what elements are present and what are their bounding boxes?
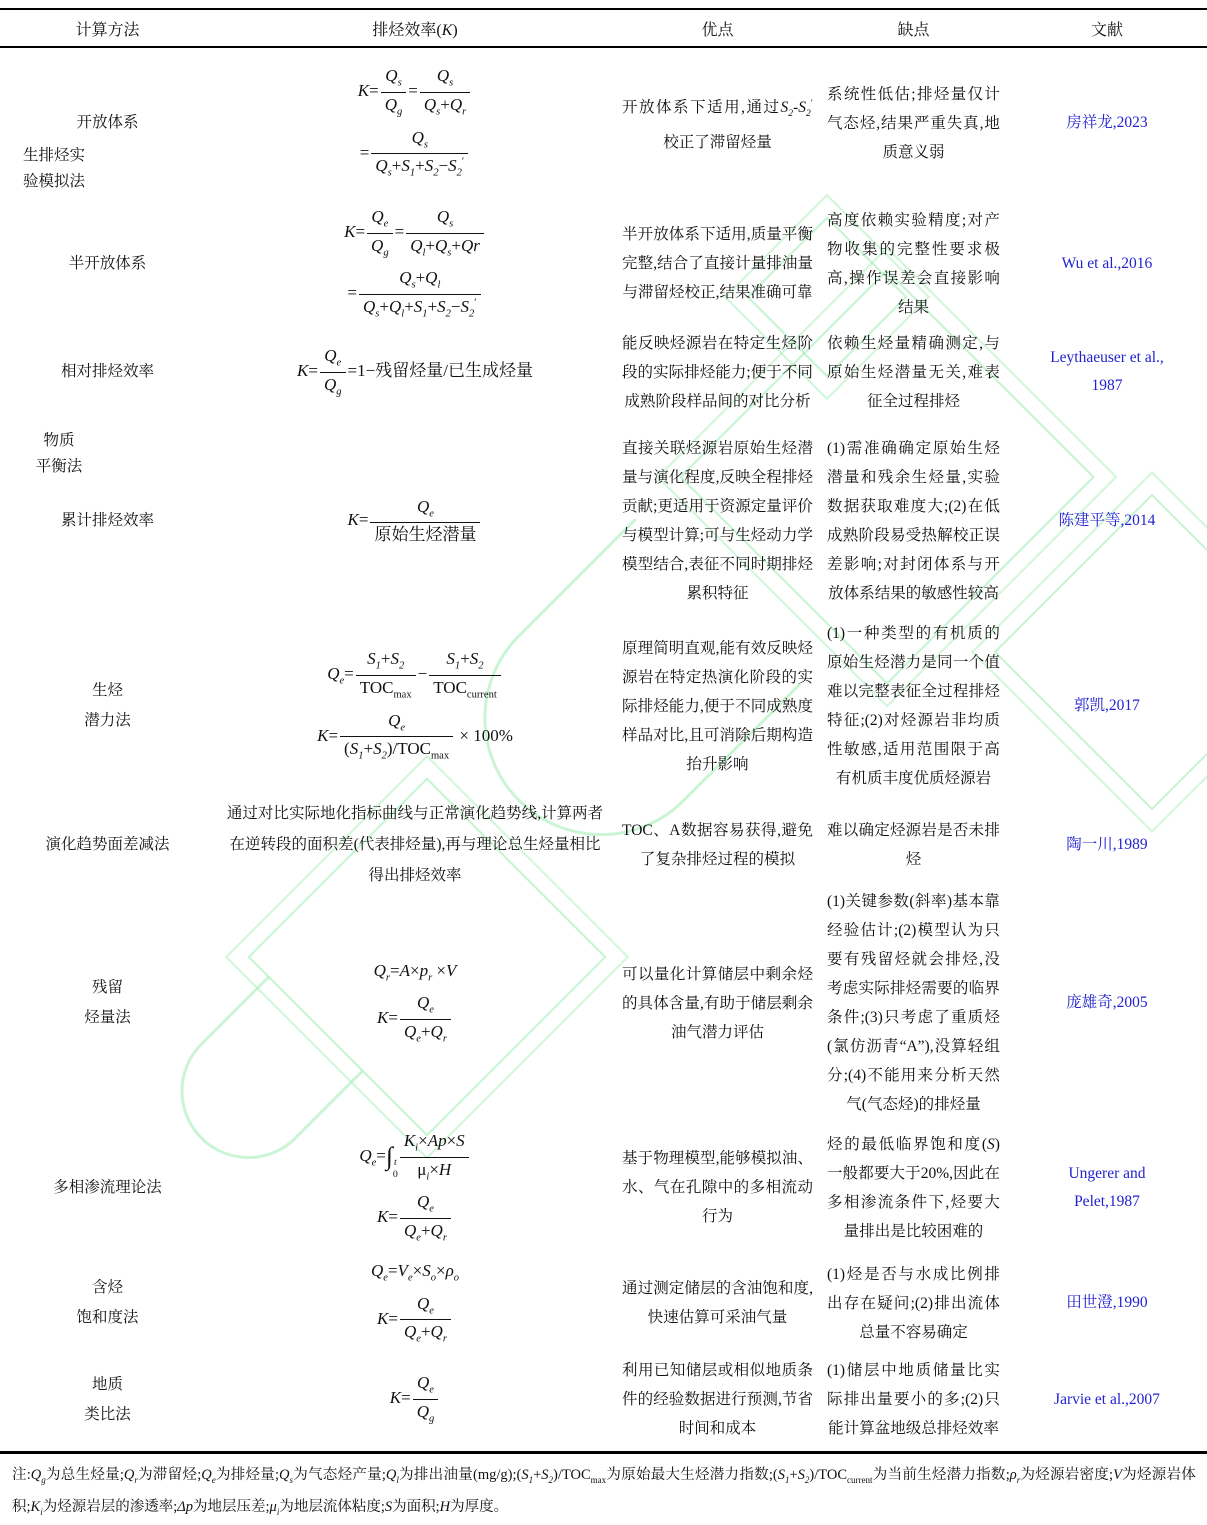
reference-link[interactable]: Wu et al.,2016 <box>1007 198 1207 329</box>
reference-link[interactable]: Leythaeuser et al., 1987 <box>1007 316 1207 428</box>
formula-cell: Qe=Ve×So×ρo K=QeQe+Qr <box>215 1252 615 1355</box>
advantages-cell: 可以量化计算储层中剩余烃的具体含量,有助于储层剩余油气潜力评估 <box>615 884 820 1122</box>
header-formula: 排烃效率(K) <box>215 17 615 40</box>
advantages-cell: 原理简明直观,能有效反映烃源岩在特定热演化阶段的实际排烃能力,便于不同成熟度样品… <box>615 614 820 798</box>
formula-cell: K=QeQg=QsQl+Qs+Qr =Qs+QlQs+Ql+S1+S2−S2′ <box>215 198 615 329</box>
paper-table: 计算方法 排烃效率(K) 优点 缺点 文献 生排烃实 验模拟法 物质 平衡法 开… <box>0 0 1207 1525</box>
formula-cell: K=Qe原始生烃潜量 <box>215 428 615 614</box>
group-label-simulation-method: 生排烃实 验模拟法 <box>14 143 94 195</box>
formula-cell: K=QsQg=QsQs+Qr =QsQs+S1+S2−S2′ <box>215 48 615 198</box>
table-row: 含烃 饱和度法 Qe=Ve×So×ρo K=QeQe+Qr 通过测定储层的含油饱… <box>0 1252 1207 1348</box>
method-name: 残留 烃量法 <box>84 973 131 1033</box>
method-name: 生烃 潜力法 <box>84 676 131 736</box>
disadvantages-cell: 烃的最低临界饱和度(S)一般都要大于20%,因此在多相渗流条件下,烃要大量排出是… <box>820 1122 1007 1253</box>
formula-line: K=QeQg=1−残留烃量/已生成烃量 <box>297 346 533 398</box>
advantages-cell: 直接关联烃源岩原始生烃潜量与演化程度,反映全程排烃贡献;更适用于资源定量评价与模… <box>615 428 820 614</box>
reference-link[interactable]: 田世澄,1990 <box>1007 1252 1207 1355</box>
table-body: 生排烃实 验模拟法 物质 平衡法 开放体系 K=QsQg=QsQs+Qr =Qs… <box>0 48 1207 1454</box>
formula-cell: Qr=A×pr ×V K=QeQe+Qr <box>215 884 615 1122</box>
table-row: 多相渗流理论法 Qe=∫t0Ki×Ap×Sμi×H K=QeQe+Qr 基于物理… <box>0 1122 1207 1252</box>
header-advantages: 优点 <box>615 17 820 40</box>
formula-line: K=QeQe+Qr <box>374 993 457 1045</box>
method-name: 累计排烃效率 <box>61 506 154 536</box>
disadvantages-cell: (1)烃是否与水成比例排出存在疑问;(2)排出流体总量不容易确定 <box>820 1252 1007 1355</box>
group-label-mass-balance-method: 物质 平衡法 <box>26 428 92 480</box>
reference-link[interactable]: Jarvie et al.,2007 <box>1007 1348 1207 1451</box>
method-cell: 含烃 饱和度法 <box>0 1252 215 1355</box>
disadvantages-cell: 高度依赖实验精度;对产物收集的完整性要求极高,操作误差会直接影响结果 <box>820 198 1007 329</box>
method-name: 半开放体系 <box>69 249 147 279</box>
advantages-cell: 利用已知储层或相似地质条件的经验数据进行预测,节省时间和成本 <box>615 1348 820 1451</box>
table-footnote: 注:Qg为总生烃量;Qr为滞留烃;Qe为排烃量;Qs为气态烃产量;Ql为排出油量… <box>0 1454 1207 1525</box>
formula-line: Qe=Ve×So×ρo <box>371 1261 459 1285</box>
table-header-row: 计算方法 排烃效率(K) 优点 缺点 文献 <box>0 8 1207 48</box>
disadvantages-cell: (1)储层中地质储量比实际排出量要小的多;(2)只能计算盆地级总排烃效率 <box>820 1348 1007 1451</box>
formula-description: 通过对比实际地化指标曲线与正常演化趋势线,计算两者在逆转段的面积差(代表排烃量)… <box>215 798 615 891</box>
table-row: 地质 类比法 K=QeQg 利用已知储层或相似地质条件的经验数据进行预测,节省时… <box>0 1348 1207 1451</box>
method-name: 演化趋势面差减法 <box>45 830 169 860</box>
disadvantages-cell: (1)关键参数(斜率)基本靠经验估计;(2)模型认为只要有残留烃就会排烃,没考虑… <box>820 884 1007 1122</box>
formula-cell: K=QeQg=1−残留烃量/已生成烃量 <box>215 316 615 428</box>
method-cell: 演化趋势面差减法 <box>0 798 215 891</box>
formula-line: K=Qe(S1+S2)/TOCmax × 100% <box>317 711 513 763</box>
formula-line: Qe=∫t0Ki×Ap×Sμi×H <box>359 1131 470 1183</box>
disadvantages-cell: 依赖生烃量精确测定,与原始生烃潜量无关,难表征全过程排烃 <box>820 316 1007 428</box>
table-row: 残留 烃量法 Qr=A×pr ×V K=QeQe+Qr 可以量化计算储层中剩余烃… <box>0 884 1207 1122</box>
header-disadvantages: 缺点 <box>820 17 1007 40</box>
method-cell: 半开放体系 <box>0 198 215 329</box>
method-cell: 多相渗流理论法 <box>0 1122 215 1253</box>
formula-cell: Qe=∫t0Ki×Ap×Sμi×H K=QeQe+Qr <box>215 1122 615 1253</box>
table-row: 累计排烃效率 K=Qe原始生烃潜量 直接关联烃源岩原始生烃潜量与演化程度,反映全… <box>0 428 1207 614</box>
formula-cell: Qe=S1+S2TOCmax−S1+S2TOCcurrent K=Qe(S1+S… <box>215 614 615 798</box>
formula-line: K=QsQg=QsQs+Qr <box>358 66 472 118</box>
disadvantages-cell: 难以确定烃源岩是否未排烃 <box>820 798 1007 891</box>
disadvantages-cell: (1)一种类型的有机质的原始生烃潜力是同一个值难以完整表征全过程排烃特征;(2)… <box>820 614 1007 798</box>
table-row: 演化趋势面差减法 通过对比实际地化指标曲线与正常演化趋势线,计算两者在逆转段的面… <box>0 798 1207 884</box>
reference-link[interactable]: 陶一川,1989 <box>1007 798 1207 891</box>
method-name: 多相渗流理论法 <box>53 1173 162 1203</box>
formula-line: =Qs+QlQs+Ql+S1+S2−S2′ <box>344 268 486 320</box>
reference-link[interactable]: 郭凯,2017 <box>1007 614 1207 798</box>
disadvantages-cell: 系统性低估;排烃量仅计气态烃,结果严重失真,地质意义弱 <box>820 48 1007 198</box>
advantages-cell: 开放体系下适用,通过S2-S2′校正了滞留烃量 <box>615 48 820 198</box>
advantages-cell: 通过测定储层的含油饱和度,快速估算可采油气量 <box>615 1252 820 1355</box>
method-cell: 地质 类比法 <box>0 1348 215 1451</box>
advantages-cell: 能反映烃源岩在特定生烃阶段的实际排烃能力;便于不同成熟阶段样品间的对比分析 <box>615 316 820 428</box>
method-cell: 残留 烃量法 <box>0 884 215 1122</box>
method-name: 相对排烃效率 <box>61 357 154 387</box>
method-cell: 生烃 潜力法 <box>0 614 215 798</box>
advantages-cell: TOC、A数据容易获得,避免了复杂排烃过程的模拟 <box>615 798 820 891</box>
formula-line: K=QeQe+Qr <box>359 1192 470 1244</box>
reference-link[interactable]: 陈建平等,2014 <box>1007 428 1207 614</box>
formula-line: K=QeQg=QsQl+Qs+Qr <box>344 207 486 259</box>
formula-line: K=QeQe+Qr <box>371 1294 459 1346</box>
table-row: 半开放体系 K=QeQg=QsQl+Qs+Qr =Qs+QlQs+Ql+S1+S… <box>0 198 1207 316</box>
formula-cell: K=QeQg <box>215 1348 615 1451</box>
formula-line: Qe=S1+S2TOCmax−S1+S2TOCcurrent <box>317 649 513 701</box>
reference-link[interactable]: Ungerer and Pelet,1987 <box>1007 1122 1207 1253</box>
table-row: 相对排烃效率 K=QeQg=1−残留烃量/已生成烃量 能反映烃源岩在特定生烃阶段… <box>0 316 1207 428</box>
method-name: 地质 类比法 <box>84 1370 131 1430</box>
advantages-cell: 半开放体系下适用,质量平衡完整,结合了直接计量排油量与滞留烃校正,结果准确可靠 <box>615 198 820 329</box>
formula-line: K=Qe原始生烃潜量 <box>348 497 483 545</box>
advantages-cell: 基于物理模型,能够模拟油、水、气在孔隙中的多相流动行为 <box>615 1122 820 1253</box>
header-reference: 文献 <box>1007 17 1207 40</box>
formula-line: K=QeQg <box>390 1373 440 1425</box>
method-cell: 相对排烃效率 <box>0 316 215 428</box>
reference-link[interactable]: 房祥龙,2023 <box>1007 48 1207 198</box>
method-name: 含烃 饱和度法 <box>76 1273 138 1333</box>
formula-cell: 通过对比实际地化指标曲线与正常演化趋势线,计算两者在逆转段的面积差(代表排烃量)… <box>215 798 615 891</box>
table-row: 生烃 潜力法 Qe=S1+S2TOCmax−S1+S2TOCcurrent K=… <box>0 614 1207 798</box>
method-name: 开放体系 <box>76 108 138 138</box>
reference-link[interactable]: 庞雄奇,2005 <box>1007 884 1207 1122</box>
header-method: 计算方法 <box>0 17 215 40</box>
formula-line: =QsQs+S1+S2−S2′ <box>358 128 472 180</box>
disadvantages-cell: (1)需准确确定原始生烃潜量和残余生烃量,实验数据获取难度大;(2)在低成熟阶段… <box>820 428 1007 614</box>
formula-line: Qr=A×pr ×V <box>374 961 457 985</box>
table-row: 开放体系 K=QsQg=QsQs+Qr =QsQs+S1+S2−S2′ 开放体系… <box>0 48 1207 198</box>
